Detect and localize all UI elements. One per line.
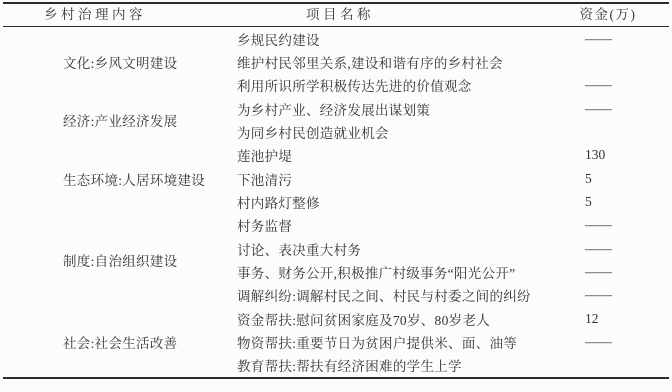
table-row: 教育帮扶:帮扶有经济困难的学生上学: [234, 354, 669, 377]
table-row: 事务、财务公开,积极推广村级事务“阳光公开” ——: [234, 260, 669, 283]
fund-amount-cell: ——: [560, 101, 669, 117]
project-name-cell: 下池清污: [234, 169, 560, 189]
project-name-cell: 维护村民邻里关系,建设和谐有序的乡村社会: [234, 52, 560, 72]
project-name-cell: 乡规民约建设: [234, 29, 560, 49]
governance-table-page: 乡村治理内容 项目名称 资金(万) 文化:乡风文明建设 乡规民约建设 —— 维护…: [0, 0, 672, 392]
table-row: 物资帮扶:重要节日为贫困户提供米、面、油等 ——: [234, 330, 669, 353]
project-name-cell: 利用所识所学积极传达先进的价值观念: [234, 75, 560, 95]
category-label: 经济:产业经济发展: [3, 97, 234, 144]
table-row: 调解纠纷:调解村民之间、村民与村委之间的纠纷 ——: [234, 284, 669, 307]
fund-amount-cell: 5: [560, 194, 669, 210]
table-row: 乡规民约建设 ——: [234, 27, 669, 50]
table-row: 利用所识所学积极传达先进的价值观念 ——: [234, 74, 669, 97]
project-name-cell: 教育帮扶:帮扶有经济困难的学生上学: [234, 355, 560, 375]
table-row: 讨论、表决重大村务 ——: [234, 237, 669, 260]
project-name-cell: 为乡村产业、经济发展出谋划策: [234, 99, 560, 119]
group-rows: 乡规民约建设 —— 维护村民邻里关系,建设和谐有序的乡村社会 利用所识所学积极传…: [234, 27, 669, 97]
table-header-row: 乡村治理内容 项目名称 资金(万): [0, 3, 672, 26]
fund-amount-cell: ——: [560, 77, 669, 93]
fund-amount-cell: ——: [560, 217, 669, 233]
column-header-fund-amount: 资金(万): [556, 3, 660, 26]
category-group: 文化:乡风文明建设 乡规民约建设 —— 维护村民邻里关系,建设和谐有序的乡村社会…: [3, 27, 669, 97]
column-header-project-name: 项目名称: [240, 3, 440, 26]
table-row: 为同乡村民创造就业机会: [234, 120, 669, 143]
project-name-cell: 莲池护堤: [234, 145, 560, 165]
project-name-cell: 村内路灯整修: [234, 192, 560, 212]
table-row: 资金帮扶:慰问贫困家庭及70岁、80岁老人 12: [234, 307, 669, 330]
table-row: 维护村民邻里关系,建设和谐有序的乡村社会: [234, 50, 669, 73]
group-rows: 莲池护堤 130 下池清污 5 村内路灯整修 5: [234, 144, 669, 214]
fund-amount-cell: ——: [560, 241, 669, 257]
category-label: 生态环境:人居环境建设: [3, 144, 234, 214]
table-row: 下池清污 5: [234, 167, 669, 190]
table-body: 文化:乡风文明建设 乡规民约建设 —— 维护村民邻里关系,建设和谐有序的乡村社会…: [3, 27, 669, 377]
project-name-cell: 为同乡村民创造就业机会: [234, 122, 560, 142]
project-name-cell: 讨论、表决重大村务: [234, 239, 560, 259]
group-rows: 资金帮扶:慰问贫困家庭及70岁、80岁老人 12 物资帮扶:重要节日为贫困户提供…: [234, 307, 669, 377]
fund-amount-cell: ——: [560, 264, 669, 280]
category-group: 社会:社会生活改善 资金帮扶:慰问贫困家庭及70岁、80岁老人 12 物资帮扶:…: [3, 307, 669, 377]
project-name-cell: 村务监督: [234, 215, 560, 235]
category-group: 经济:产业经济发展 为乡村产业、经济发展出谋划策 —— 为同乡村民创造就业机会: [3, 97, 669, 144]
project-name-cell: 调解纠纷:调解村民之间、村民与村委之间的纠纷: [234, 285, 560, 305]
table-row: 为乡村产业、经济发展出谋划策 ——: [234, 97, 669, 120]
fund-amount-cell: 5: [560, 171, 669, 187]
project-name-cell: 物资帮扶:重要节日为贫困户提供米、面、油等: [234, 332, 560, 352]
category-group: 制度:自治组织建设 村务监督 —— 讨论、表决重大村务 —— 事务、财务公开,积…: [3, 214, 669, 307]
table-row: 村内路灯整修 5: [234, 190, 669, 213]
group-rows: 为乡村产业、经济发展出谋划策 —— 为同乡村民创造就业机会: [234, 97, 669, 144]
category-label: 社会:社会生活改善: [3, 307, 234, 377]
fund-amount-cell: ——: [560, 31, 669, 47]
project-name-cell: 事务、财务公开,积极推广村级事务“阳光公开”: [234, 262, 560, 282]
fund-amount-cell: ——: [560, 287, 669, 303]
fund-amount-cell: 130: [560, 147, 669, 163]
column-header-governance-content: 乡村治理内容: [0, 3, 190, 26]
table-bottom-rule: [3, 377, 669, 379]
category-group: 生态环境:人居环境建设 莲池护堤 130 下池清污 5 村内路灯整修 5: [3, 144, 669, 214]
fund-amount-cell: 12: [560, 311, 669, 327]
group-rows: 村务监督 —— 讨论、表决重大村务 —— 事务、财务公开,积极推广村级事务“阳光…: [234, 214, 669, 307]
table-row: 莲池护堤 130: [234, 144, 669, 167]
category-label: 文化:乡风文明建设: [3, 27, 234, 97]
project-name-cell: 资金帮扶:慰问贫困家庭及70岁、80岁老人: [234, 309, 560, 329]
category-label: 制度:自治组织建设: [3, 214, 234, 307]
fund-amount-cell: ——: [560, 334, 669, 350]
table-row: 村务监督 ——: [234, 214, 669, 237]
